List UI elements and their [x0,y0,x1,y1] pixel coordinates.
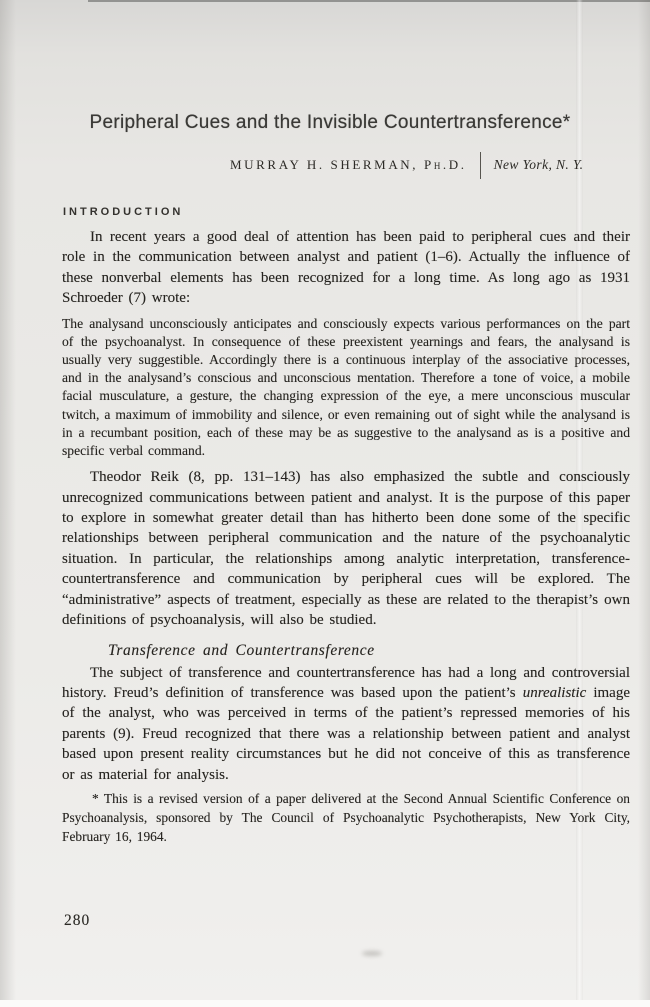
transference-section-heading: Transference and Countertransference [108,642,630,660]
scanned-page: Peripheral Cues and the Invisible Counte… [0,0,650,1007]
block-quote: The analysand unconsciously anticipates … [62,315,630,461]
page-number: 280 [64,912,90,930]
introduction-heading: INTRODUCTION [63,206,183,218]
paragraph-3: The subject of transference and countert… [62,663,630,785]
paragraph-1: In recent years a good deal of attention… [62,227,630,309]
byline: MURRAY H. SHERMAN, Ph.D. New York, N. Y. [230,150,583,180]
scan-top-edge [88,0,650,2]
paragraph-3-italic-word: unrealistic [523,685,587,701]
paragraph-2: Theodor Reik (8, pp. 131–143) has also e… [62,467,630,630]
article-body: In recent years a good deal of attention… [62,227,630,847]
footnote: * This is a revised version of a paper d… [62,789,630,847]
byline-divider [480,152,481,179]
author-name: MURRAY H. SHERMAN, Ph.D. [230,157,467,173]
scan-smudge [362,951,382,956]
article-title: Peripheral Cues and the Invisible Counte… [62,112,598,134]
author-affiliation: New York, N. Y. [494,157,584,173]
scan-bottom-edge [0,1000,650,1007]
